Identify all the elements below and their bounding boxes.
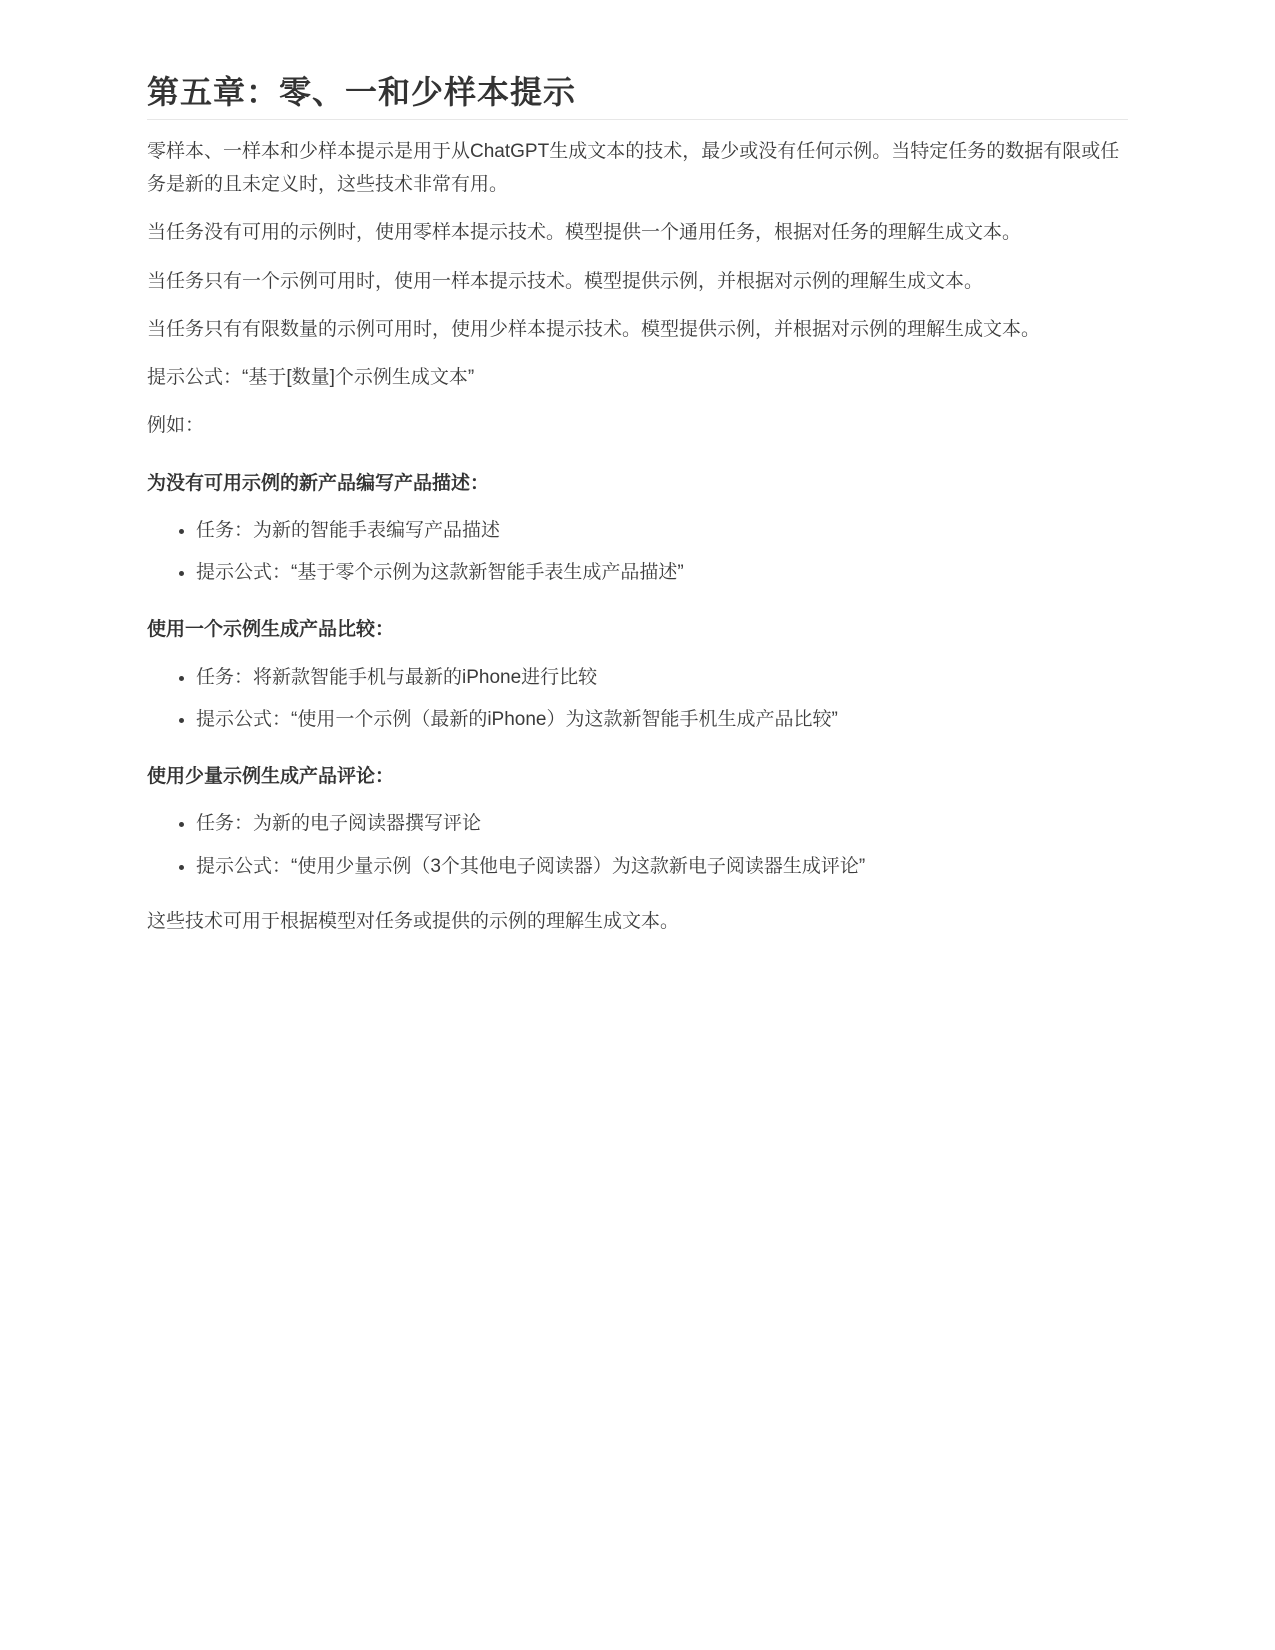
paragraph-intro: 零样本、一样本和少样本提示是用于从ChatGPT生成文本的技术，最少或没有任何示…	[147, 135, 1128, 202]
example-list-zero-shot: 任务：为新的智能手表编写产品描述 提示公式：“基于零个示例为这款新智能手表生成产…	[147, 514, 1128, 590]
document-page: 第五章：零、一和少样本提示 零样本、一样本和少样本提示是用于从ChatGPT生成…	[0, 0, 1275, 1650]
paragraph-prompt-formula: 提示公式：“基于[数量]个示例生成文本”	[147, 361, 1128, 394]
list-item: 任务：将新款智能手机与最新的iPhone进行比较	[196, 661, 1128, 694]
example-heading-one-shot: 使用一个示例生成产品比较：	[147, 613, 1128, 646]
example-heading-few-shot: 使用少量示例生成产品评论：	[147, 760, 1128, 793]
list-item: 提示公式：“使用少量示例（3个其他电子阅读器）为这款新电子阅读器生成评论”	[196, 850, 1128, 883]
paragraph-few-shot: 当任务只有有限数量的示例可用时，使用少样本提示技术。模型提供示例，并根据对示例的…	[147, 313, 1128, 346]
list-item: 提示公式：“基于零个示例为这款新智能手表生成产品描述”	[196, 556, 1128, 589]
example-heading-zero-shot: 为没有可用示例的新产品编写产品描述：	[147, 467, 1128, 500]
paragraph-zero-shot: 当任务没有可用的示例时，使用零样本提示技术。模型提供一个通用任务，根据对任务的理…	[147, 216, 1128, 249]
list-item: 提示公式：“使用一个示例（最新的iPhone）为这款新智能手机生成产品比较”	[196, 703, 1128, 736]
list-item: 任务：为新的智能手表编写产品描述	[196, 514, 1128, 547]
paragraph-for-example: 例如：	[147, 409, 1128, 442]
list-item: 任务：为新的电子阅读器撰写评论	[196, 807, 1128, 840]
paragraph-one-shot: 当任务只有一个示例可用时，使用一样本提示技术。模型提供示例，并根据对示例的理解生…	[147, 265, 1128, 298]
example-list-one-shot: 任务：将新款智能手机与最新的iPhone进行比较 提示公式：“使用一个示例（最新…	[147, 661, 1128, 737]
chapter-title: 第五章：零、一和少样本提示	[147, 74, 1128, 120]
paragraph-closing: 这些技术可用于根据模型对任务或提供的示例的理解生成文本。	[147, 905, 1128, 938]
example-list-few-shot: 任务：为新的电子阅读器撰写评论 提示公式：“使用少量示例（3个其他电子阅读器）为…	[147, 807, 1128, 883]
